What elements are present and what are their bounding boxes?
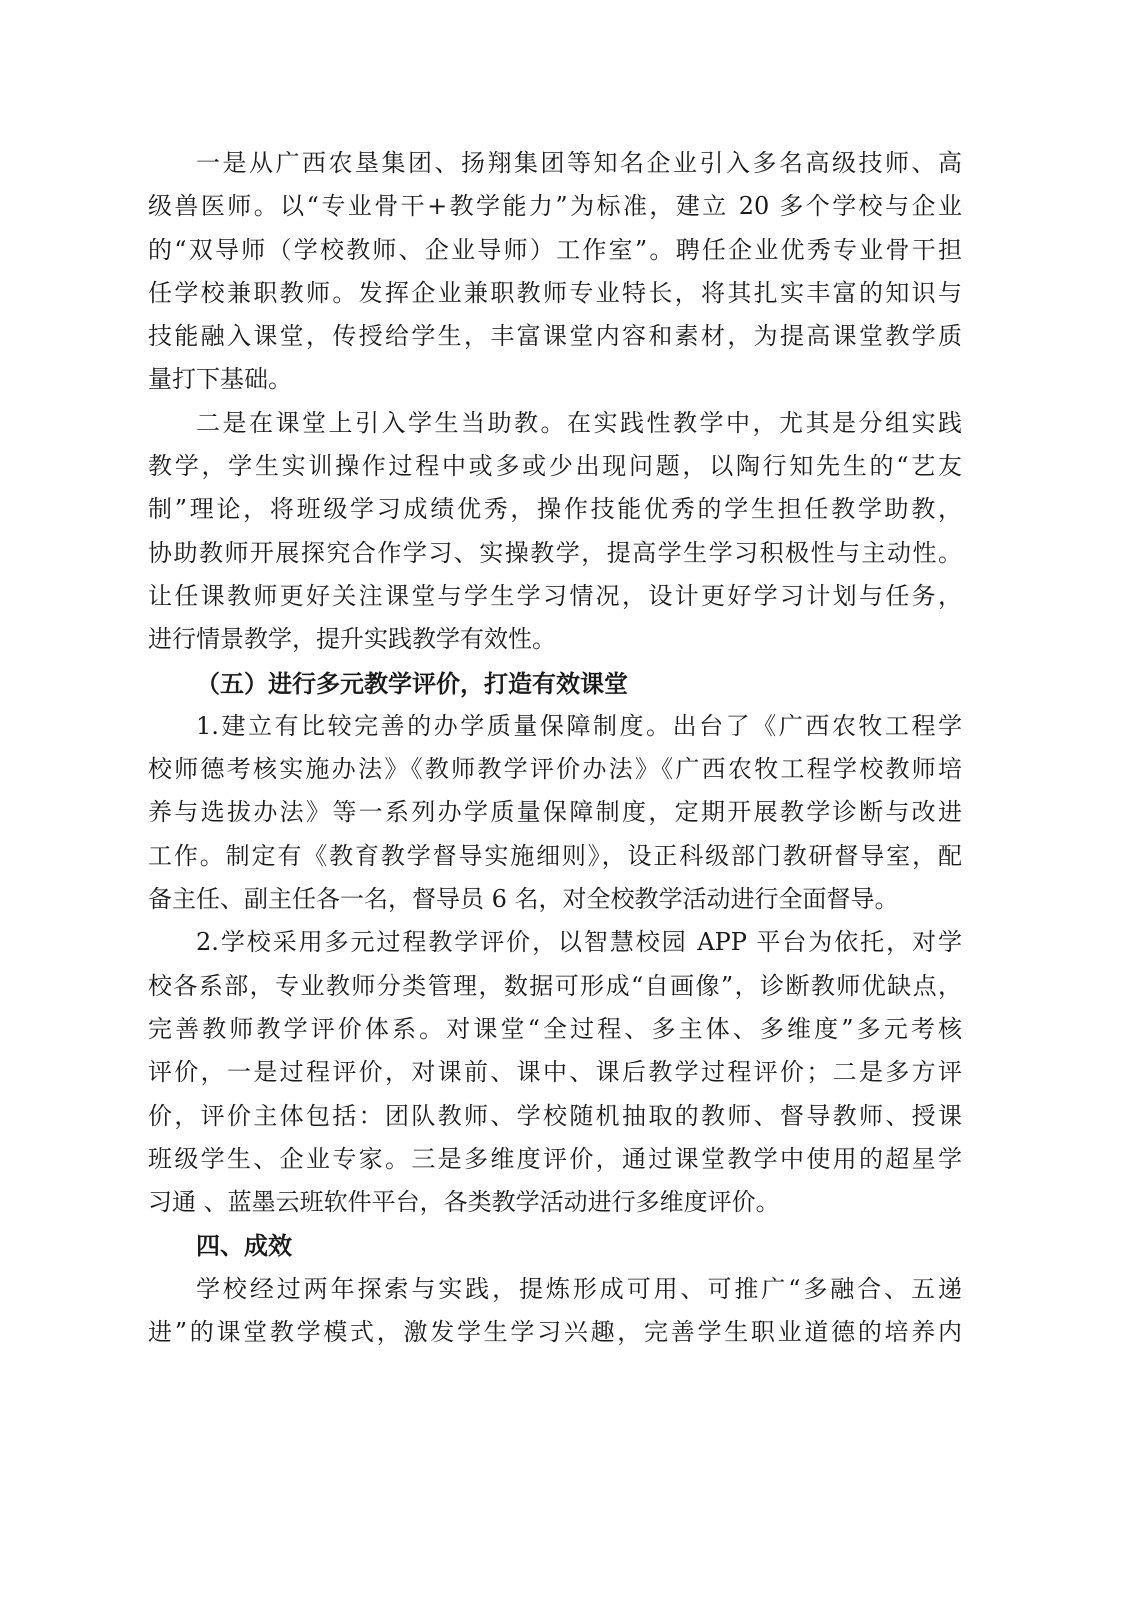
text-line: 二是在课堂上引入学生当助教。在实践性教学中，尤其是分组实践 xyxy=(148,402,962,445)
text-line: 2.学校采用多元过程教学评价，以智慧校园 APP 平台为依托，对学 xyxy=(148,921,962,964)
text-line: 任学校兼职教师。发挥企业兼职教师专业特长，将其扎实丰富的知识与 xyxy=(148,272,962,315)
text-line: 一是从广西农垦集团、扬翔集团等知名企业引入多名高级技师、高 xyxy=(148,142,962,185)
text-line: 完善教师教学评价体系。对课堂“全过程、多主体、多维度”多元考核 xyxy=(148,1008,962,1051)
text-line: 工作。制定有《教育教学督导实施细则》，设正科级部门教研督导室，配 xyxy=(148,835,962,878)
text-line: 评价，一是过程评价，对课前、课中、课后教学过程评价；二是多方评 xyxy=(148,1051,962,1094)
paragraph-quality-assurance: 1.建立有比较完善的办学质量保障制度。出台了《广西农牧工程学 校师德考核实施办法… xyxy=(148,705,962,921)
section-heading-four: 四、成效 xyxy=(148,1224,962,1267)
text-line: 习通 、蓝墨云班软件平台，各类教学活动进行多维度评价。 xyxy=(148,1181,962,1224)
section-heading-five: （五）进行多元教学评价，打造有效课堂 xyxy=(148,662,962,705)
text-line: 学校经过两年探索与实践，提炼形成可用、可推广“多融合、五递 xyxy=(148,1268,962,1311)
text-line: 进”的课堂教学模式，激发学生学习兴趣，完善学生职业道德的培养内 xyxy=(148,1311,962,1354)
document-page: 一是从广西农垦集团、扬翔集团等知名企业引入多名高级技师、高 级兽医师。以“专业骨… xyxy=(148,142,962,1354)
text-line: 让任课教师更好关注课堂与学生学习情况，设计更好学习计划与任务， xyxy=(148,575,962,618)
text-line: 校师德考核实施办法》《教师教学评价办法》《广西农牧工程学校教师培 xyxy=(148,748,962,791)
text-line: 备主任、副主任各一名，督导员 6 名，对全校教学活动进行全面督导。 xyxy=(148,878,962,921)
text-line: 的“双导师（学校教师、企业导师）工作室”。聘任企业优秀专业骨干担 xyxy=(148,229,962,272)
text-line: 班级学生、企业专家。三是多维度评价，通过课堂教学中使用的超星学 xyxy=(148,1138,962,1181)
text-line: 技能融入课堂，传授给学生，丰富课堂内容和素材，为提高课堂教学质 xyxy=(148,315,962,358)
text-line: 协助教师开展探究合作学习、实操教学，提高学生学习积极性与主动性。 xyxy=(148,532,962,575)
text-line: 价，评价主体包括：团队教师、学校随机抽取的教师、督导教师、授课 xyxy=(148,1095,962,1138)
text-line: 教学，学生实训操作过程中或多或少出现问题，以陶行知先生的“艺友 xyxy=(148,445,962,488)
paragraph-enterprise-teachers: 一是从广西农垦集团、扬翔集团等知名企业引入多名高级技师、高 级兽医师。以“专业骨… xyxy=(148,142,962,402)
paragraph-multi-evaluation: 2.学校采用多元过程教学评价，以智慧校园 APP 平台为依托，对学 校各系部，专… xyxy=(148,921,962,1224)
paragraph-student-assistants: 二是在课堂上引入学生当助教。在实践性教学中，尤其是分组实践 教学，学生实训操作过… xyxy=(148,402,962,662)
text-line: 1.建立有比较完善的办学质量保障制度。出台了《广西农牧工程学 xyxy=(148,705,962,748)
paragraph-results: 学校经过两年探索与实践，提炼形成可用、可推广“多融合、五递 进”的课堂教学模式，… xyxy=(148,1268,962,1355)
text-line: 级兽医师。以“专业骨干+教学能力”为标准，建立 20 多个学校与企业 xyxy=(148,185,962,228)
text-line: 养与选拔办法》等一系列办学质量保障制度，定期开展教学诊断与改进 xyxy=(148,791,962,834)
text-line: 校各系部，专业教师分类管理，数据可形成“自画像”，诊断教师优缺点， xyxy=(148,965,962,1008)
text-line: 量打下基础。 xyxy=(148,358,962,401)
text-line: 进行情景教学，提升实践教学有效性。 xyxy=(148,618,962,661)
text-line: 制”理论，将班级学习成绩优秀，操作技能优秀的学生担任教学助教， xyxy=(148,488,962,531)
